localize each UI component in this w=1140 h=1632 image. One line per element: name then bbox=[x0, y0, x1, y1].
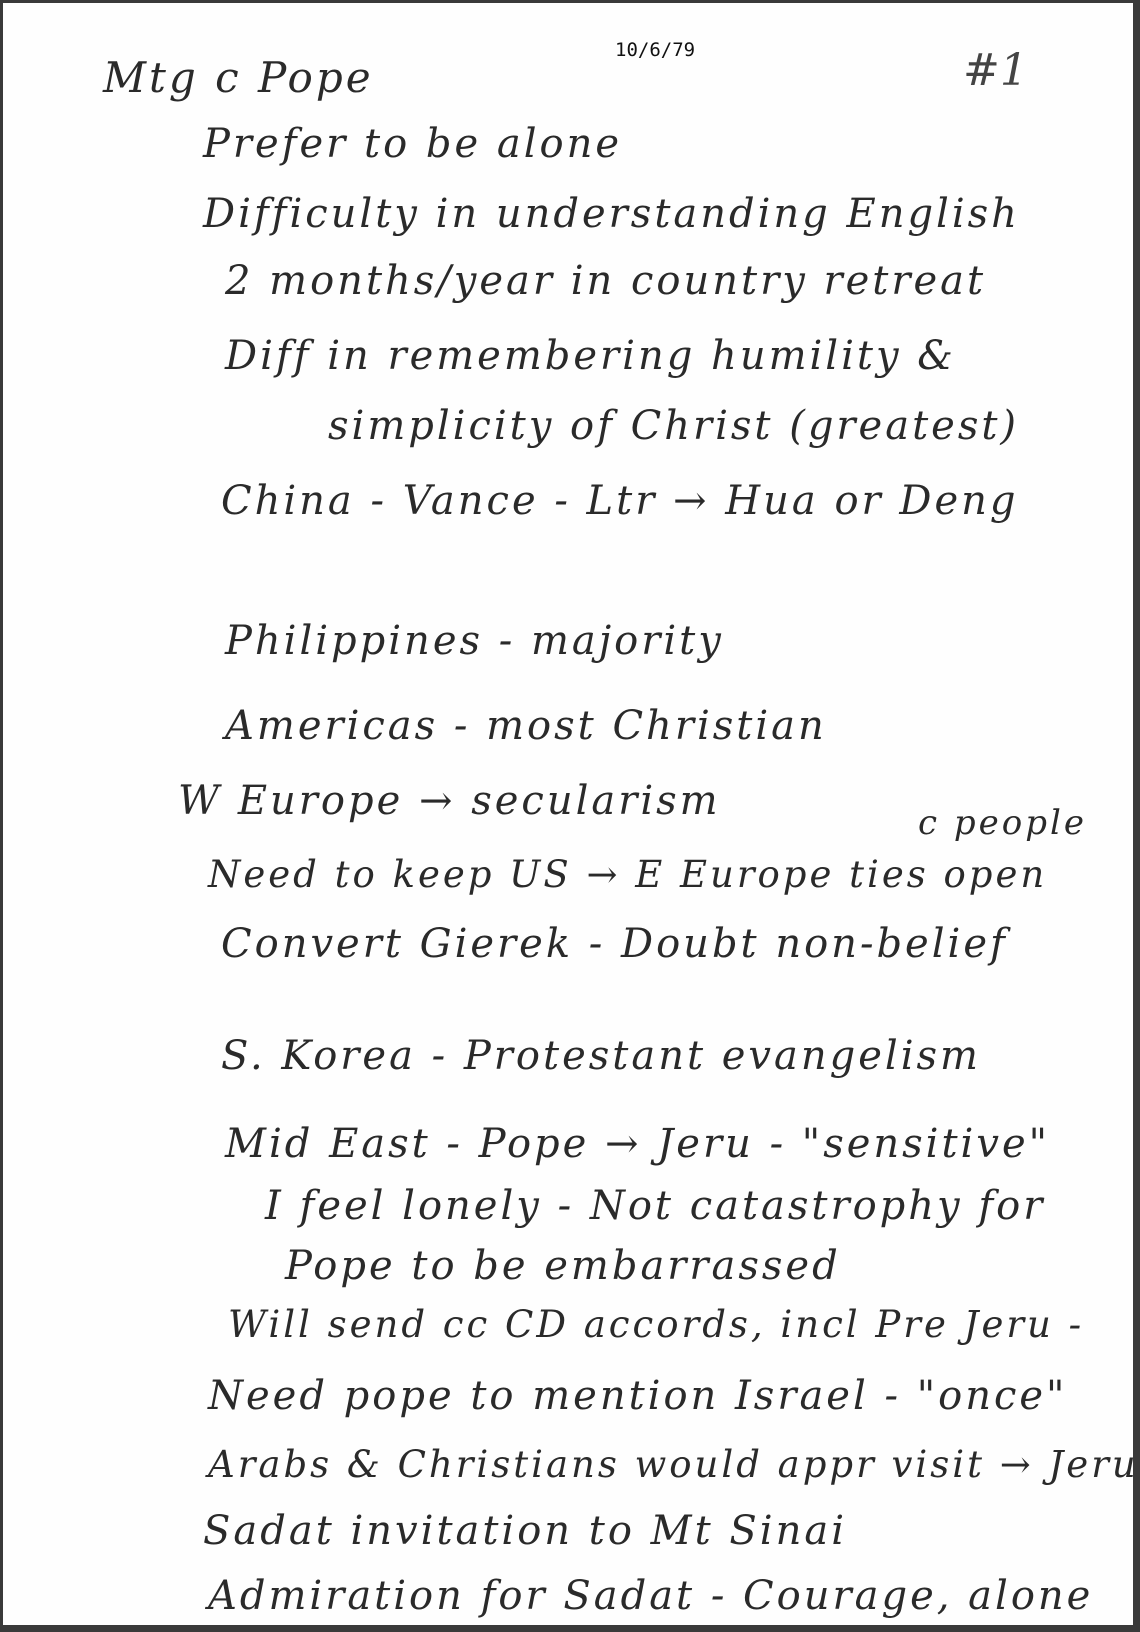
document-date: 10/6/79 bbox=[615, 39, 695, 61]
document-title: Mtg c Pope bbox=[103, 53, 374, 102]
note-line: Diff in remembering humility & bbox=[225, 333, 956, 379]
note-line: Pope to be embarrassed bbox=[285, 1243, 841, 1289]
note-line: Sadat invitation to Mt Sinai bbox=[203, 1508, 847, 1554]
note-line: Prefer to be alone bbox=[203, 121, 622, 167]
note-line: Difficulty in understanding English bbox=[203, 191, 1020, 237]
note-line: Philippines - majority bbox=[225, 618, 724, 664]
note-line: S. Korea - Protestant evangelism bbox=[221, 1033, 981, 1079]
note-line: Arabs & Christians would appr visit → Je… bbox=[208, 1443, 1139, 1486]
note-line: Mid East - Pope → Jeru - "sensitive" bbox=[225, 1121, 1050, 1167]
note-line: Americas - most Christian bbox=[225, 703, 827, 749]
note-line: Will send cc CD accords, incl Pre Jeru - bbox=[228, 1303, 1084, 1346]
note-annotation: c people bbox=[918, 803, 1087, 843]
note-line: Need pope to mention Israel - "once" bbox=[208, 1373, 1067, 1419]
note-line: 2 months/year in country retreat bbox=[225, 258, 986, 304]
note-line: China - Vance - Ltr → Hua or Deng bbox=[221, 478, 1019, 524]
note-line: I feel lonely - Not catastrophy for bbox=[265, 1183, 1045, 1229]
note-line: Admiration for Sadat - Courage, alone bbox=[208, 1573, 1093, 1619]
note-line: Convert Gierek - Doubt non-belief bbox=[221, 921, 1008, 967]
note-line: W Europe → secularism bbox=[178, 778, 721, 824]
note-line: Need to keep US → E Europe ties open bbox=[208, 853, 1047, 896]
scanned-page: 10/6/79 #1 Mtg c Pope Prefer to be alone… bbox=[3, 3, 1137, 1629]
page-number: #1 bbox=[963, 45, 1028, 96]
note-line: simplicity of Christ (greatest) bbox=[328, 403, 1019, 449]
